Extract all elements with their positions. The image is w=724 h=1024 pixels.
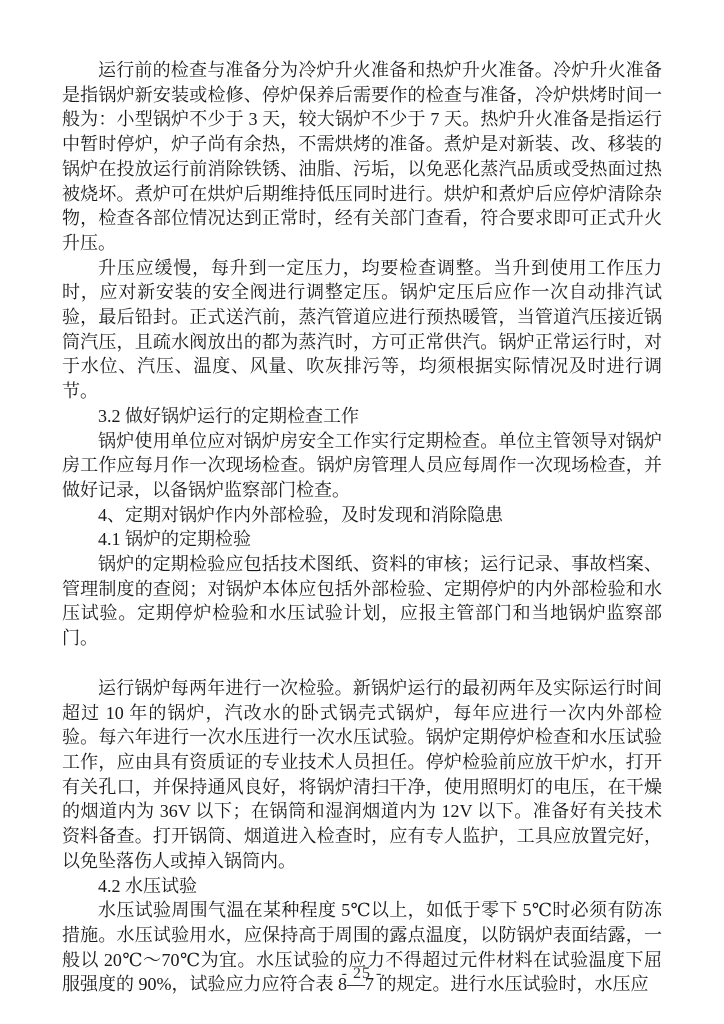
section-heading-3-2: 3.2 做好锅炉运行的定期检查工作 bbox=[62, 404, 662, 429]
body-paragraph-pressure-raising: 升压应缓慢，每升到一定压力，均要检查调整。当升到使用工作压力时，应对新安装的安全… bbox=[62, 256, 662, 404]
body-paragraph-inspection-schedule: 运行锅炉每两年进行一次检验。新锅炉运行的最初两年及实际运行时间超过 10 年的锅… bbox=[62, 676, 662, 874]
body-paragraph-pre-fire-check: 运行前的检查与准备分为冷炉升火准备和热炉升火准备。冷炉升火准备是指锅炉新安装或检… bbox=[62, 58, 662, 256]
section-heading-4-2: 4.2 水压试验 bbox=[62, 874, 662, 899]
page-number: - 25 - bbox=[0, 963, 724, 985]
document-body: 运行前的检查与准备分为冷炉升火准备和热炉升火准备。冷炉升火准备是指锅炉新安装或检… bbox=[62, 58, 662, 997]
document-page: 运行前的检查与准备分为冷炉升火准备和热炉升火准备。冷炉升火准备是指锅炉新安装或检… bbox=[0, 0, 724, 1024]
section-heading-4: 4、定期对锅炉作内外部检验，及时发现和消除隐患 bbox=[62, 503, 662, 528]
body-paragraph-periodic-inspection: 锅炉使用单位应对锅炉房安全工作实行定期检查。单位主管领导对锅炉房工作应每月作一次… bbox=[62, 429, 662, 503]
body-paragraph-inspection-scope: 锅炉的定期检验应包括技术图纸、资料的审核；运行记录、事故档案、管理制度的查阅；对… bbox=[62, 552, 662, 651]
section-heading-4-1: 4.1 锅炉的定期检验 bbox=[62, 527, 662, 552]
